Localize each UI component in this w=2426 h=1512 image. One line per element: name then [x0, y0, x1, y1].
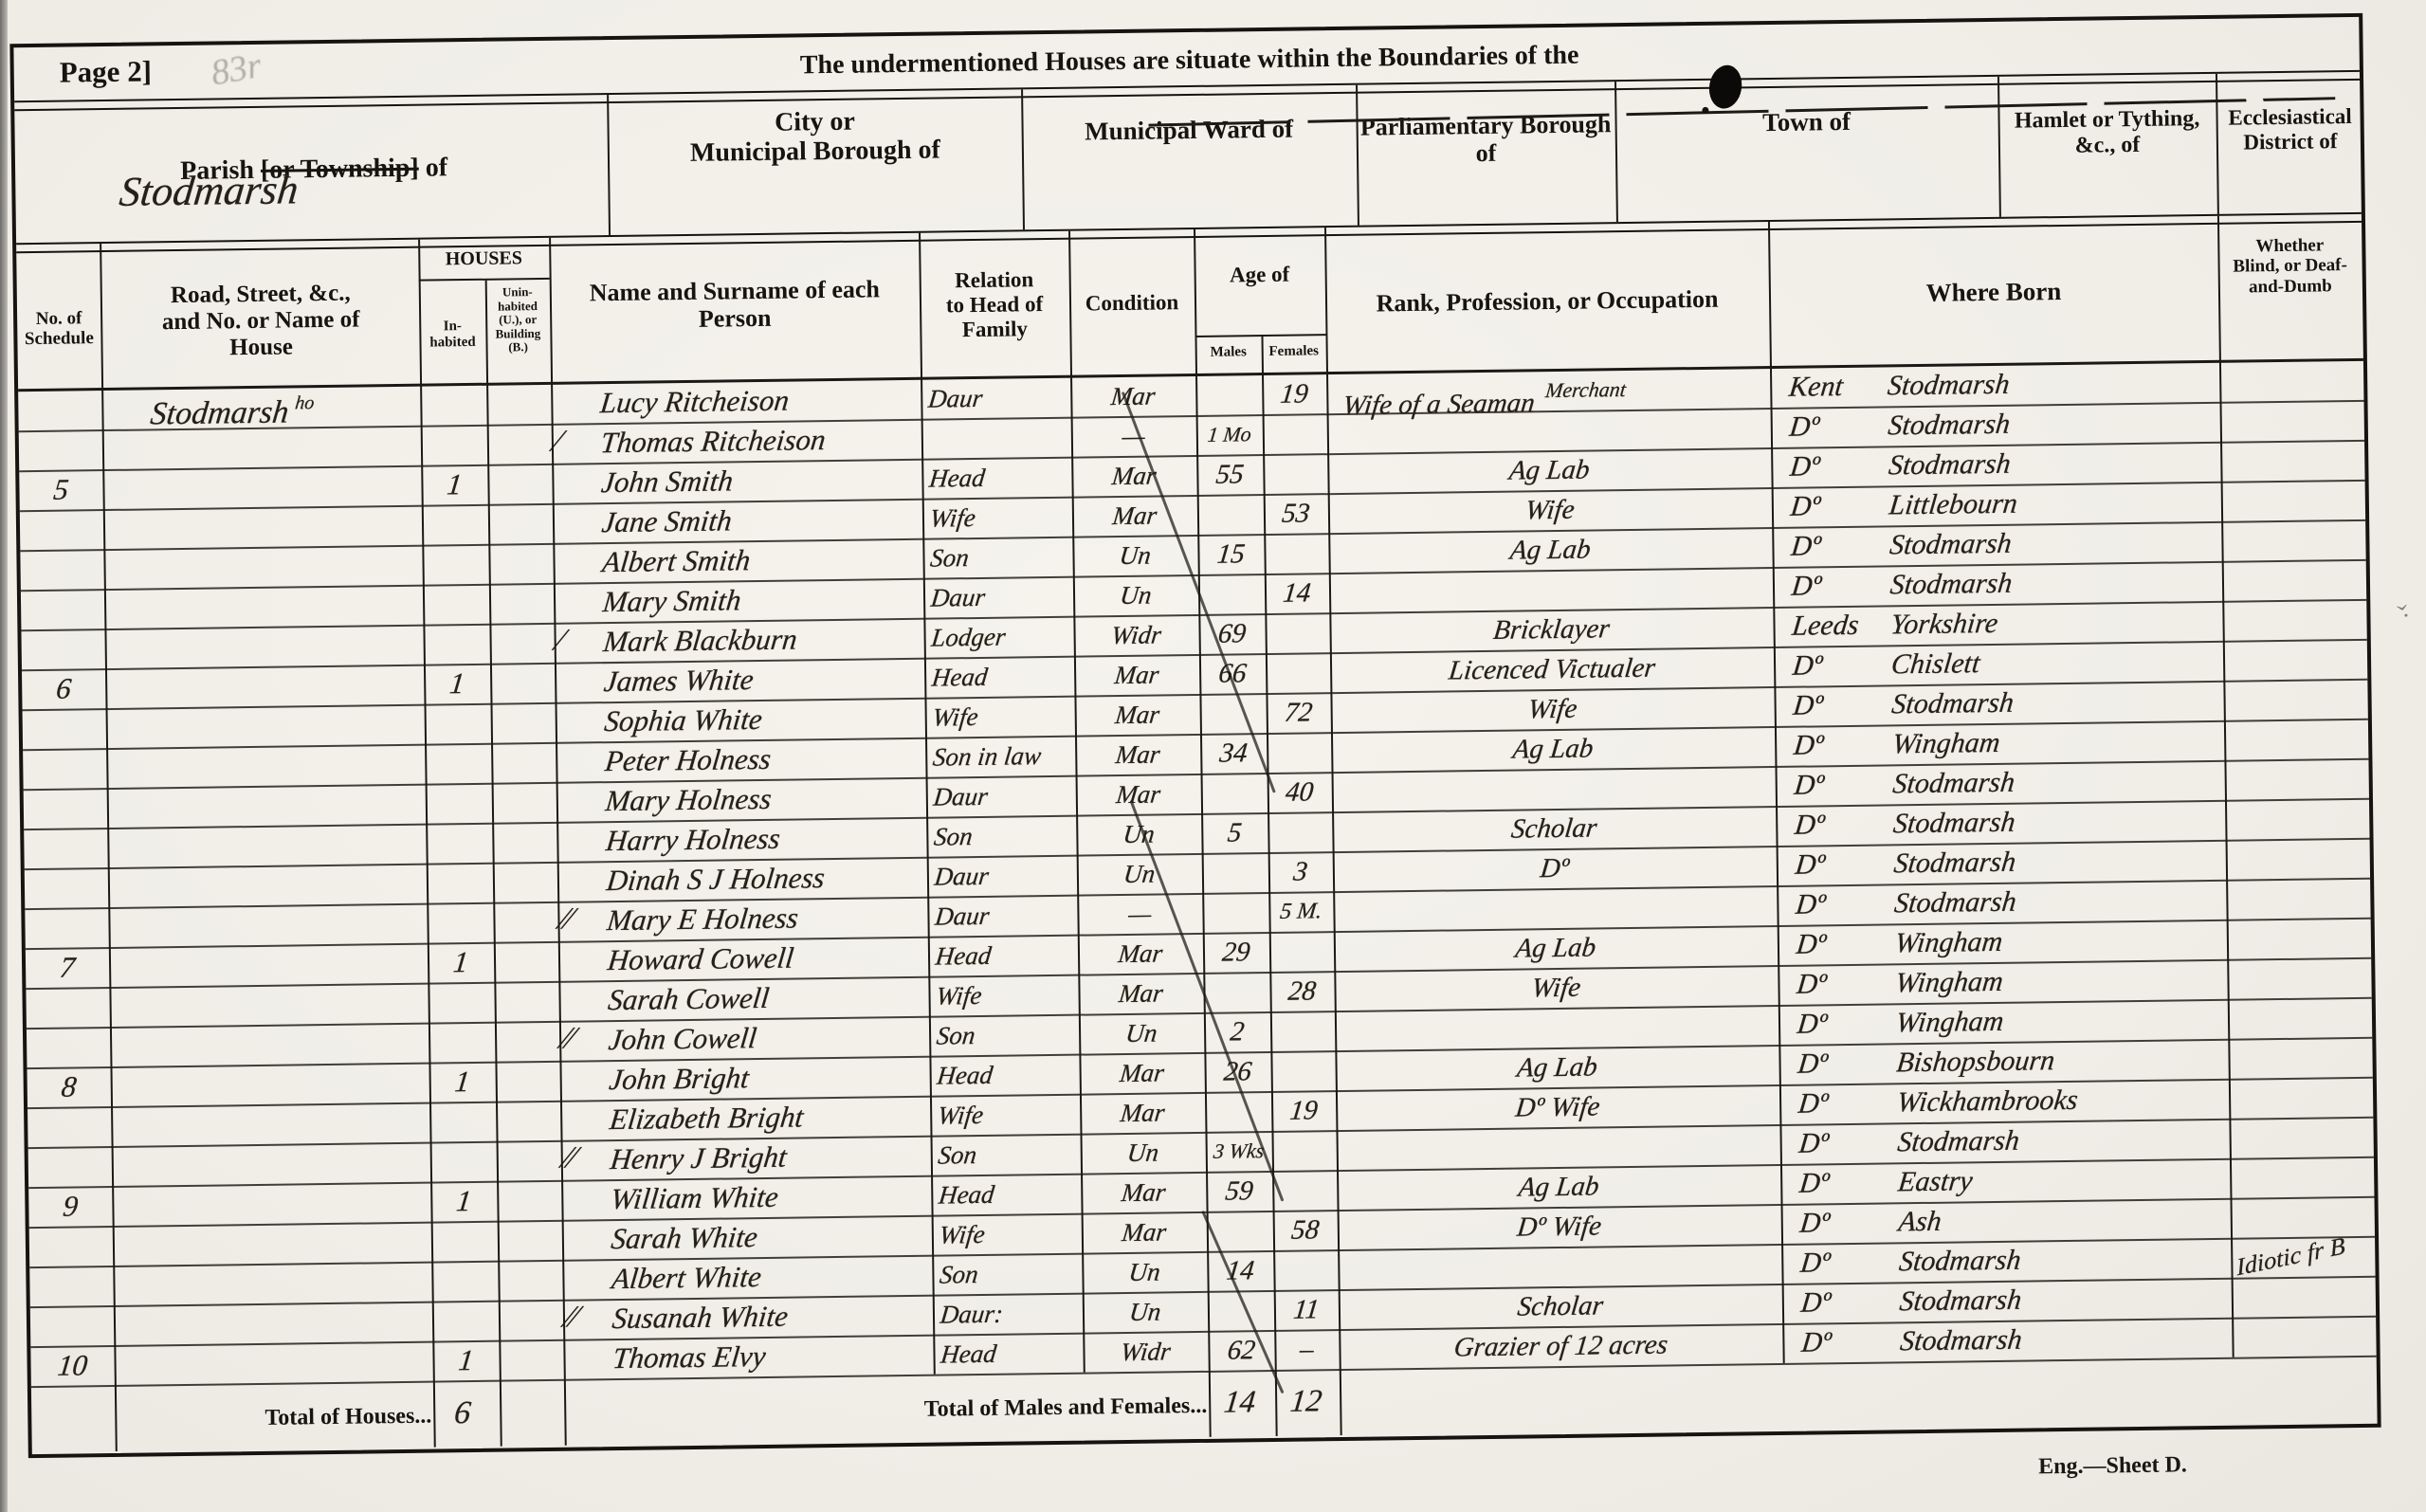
condition-value: Mar — [1078, 1092, 1208, 1134]
inhabited-mark: 1 — [419, 465, 490, 505]
total-males-females-label: Total of Males and Females... — [828, 1394, 1207, 1424]
age-females-value: 3 — [1267, 851, 1336, 892]
relation-value: Daur — [929, 577, 988, 618]
condition-value: Un — [1080, 1251, 1210, 1293]
condition-value: Un — [1081, 1291, 1211, 1333]
person-name: Susanah White — [611, 1297, 791, 1339]
born-place-value: Wingham — [1893, 962, 2005, 1004]
age-males-value: 14 — [1205, 1250, 1276, 1291]
condition-value: Mar — [1068, 375, 1198, 417]
column-rule — [500, 1380, 502, 1447]
born-county-value: Dº — [1797, 1123, 1831, 1163]
inhabited-mark: 1 — [427, 1062, 498, 1102]
relation-value: Wife — [930, 697, 980, 738]
condition-value: — — [1075, 893, 1205, 935]
district-cell-borough: City or Municipal Borough of — [611, 104, 1018, 169]
district-cell-eccl: Ecclesiastical District of — [2219, 104, 2361, 155]
born-county-value: Dº — [1788, 446, 1822, 486]
born-place-value: Littlebourn — [1888, 484, 2020, 526]
relation-value: Wife — [936, 1095, 986, 1136]
age-females-value: 14 — [1263, 573, 1332, 613]
born-county-value: Dº — [1791, 685, 1825, 725]
relation-value: Daur — [926, 378, 985, 419]
parish-value: Stodmarsh — [118, 165, 301, 216]
condition-value: Widr — [1081, 1331, 1211, 1373]
relation-value: Son — [938, 1254, 980, 1295]
age-females-value: 5 M. — [1267, 891, 1336, 932]
inhabited-mark: 1 — [429, 1181, 500, 1222]
born-county-value: Dº — [1790, 566, 1824, 606]
colhead-relation: Relation to Head of Family — [920, 267, 1070, 342]
schedule-number: 8 — [25, 1066, 113, 1107]
person-name: James White — [602, 660, 756, 701]
person-name: Elizabeth Bright — [608, 1097, 806, 1139]
occupation-value: Scholar — [1330, 806, 1778, 851]
schedule-number: 10 — [28, 1345, 117, 1386]
age-females-value: 53 — [1262, 493, 1331, 534]
column-rule — [2216, 74, 2219, 214]
occupation-value: Ag Lab — [1332, 925, 1780, 971]
colhead-infirm: Whether Blind, or Deaf- and-Dumb — [2217, 235, 2362, 298]
person-name: Sarah Cowell — [606, 978, 771, 1020]
condition-value: Un — [1075, 853, 1205, 895]
born-place-value: Bishopsbourn — [1894, 1041, 2056, 1083]
born-county-value: Dº — [1791, 646, 1825, 685]
born-place-value: Stodmarsh — [1886, 405, 2012, 446]
tally-mark: ∕∕ — [561, 1019, 576, 1059]
born-county-value: Dº — [1796, 1044, 1830, 1084]
occupation-value: Ag Lab — [1333, 1045, 1781, 1090]
person-name: Mark Blackburn — [601, 619, 799, 662]
inhabited-mark: 1 — [422, 664, 493, 704]
age-females-value: 28 — [1268, 971, 1337, 1011]
column-rule — [1356, 85, 1359, 226]
inhabited-mark: 1 — [426, 942, 497, 983]
relation-value: Head — [930, 657, 990, 698]
colhead-name: Name and Surname of each Person — [550, 275, 921, 335]
born-county-value: Dº — [1793, 805, 1827, 845]
condition-value: Un — [1078, 1132, 1208, 1174]
born-county-value: Dº — [1795, 964, 1829, 1004]
occupation-value: Ag Lab — [1329, 726, 1778, 772]
born-place-value: Stodmarsh — [1898, 1281, 2024, 1322]
relation-value: Daur: — [939, 1294, 1006, 1335]
sheet-footer: Eng.—Sheet D. — [2038, 1452, 2187, 1480]
district-cell-ward: Municipal Ward of — [1025, 114, 1352, 147]
district-cell-parish-label: Parish [or Township] of — [34, 121, 594, 188]
born-place-value: Stodmarsh — [1895, 1121, 2021, 1163]
age-males-value: 62 — [1206, 1330, 1277, 1371]
column-rule — [564, 1379, 567, 1446]
person-name: Peter Holness — [603, 739, 773, 781]
person-name: Lucy Ritcheison — [598, 381, 791, 424]
person-name: John Smith — [599, 461, 735, 502]
schedule-number: 7 — [24, 947, 112, 988]
occupation-value: Ag Lab — [1335, 1164, 1783, 1210]
ink-dot — [1702, 107, 1708, 114]
schedule-number: 5 — [17, 469, 105, 510]
colhead-age: Age of — [1194, 262, 1324, 288]
born-place-value: Wingham — [1894, 1002, 2006, 1044]
relation-value: Head — [939, 1334, 998, 1375]
born-county-value: Dº — [1797, 1203, 1832, 1243]
occupation-value: Ag Lab — [1326, 527, 1775, 573]
age-males-value: 1 Mo — [1195, 414, 1266, 455]
condition-value: Mar — [1072, 654, 1202, 696]
born-county-value: Dº — [1797, 1163, 1832, 1203]
condition-value: Mar — [1070, 495, 1200, 537]
relation-value: Son — [936, 1135, 978, 1175]
born-county-value: Dº — [1799, 1283, 1833, 1322]
column-rule — [1340, 1369, 1342, 1435]
occupation-value: Dº — [1331, 846, 1779, 891]
born-county-value: Dº — [1795, 924, 1829, 964]
born-place-value: Wingham — [1893, 922, 2005, 964]
person-name: Thomas Ritcheison — [599, 420, 828, 463]
road-name: Stodmarshho — [149, 383, 317, 434]
age-females-value: 11 — [1272, 1289, 1341, 1330]
age-females-value: 58 — [1271, 1210, 1341, 1250]
colhead-inhabited: In- habited — [419, 319, 485, 352]
inhabited-mark: 1 — [430, 1340, 502, 1381]
tally-mark: ∕ — [554, 422, 563, 462]
person-name: Mary Holness — [604, 779, 774, 821]
age-males-value: 15 — [1195, 534, 1267, 574]
born-place-value: Chislett — [1889, 644, 1982, 684]
form-title: The undermentioned Houses are situate wi… — [488, 36, 1891, 84]
relation-value: Head — [927, 458, 987, 499]
district-cell-hamlet: Hamlet or Tything, &c., of — [2001, 106, 2213, 160]
ink-blot — [1706, 63, 1745, 111]
born-county-value: Dº — [1787, 407, 1821, 446]
column-rule — [433, 1381, 436, 1448]
born-place-value: Eastry — [1896, 1161, 1975, 1202]
colhead-rank: Rank, Profession, or Occupation — [1325, 284, 1769, 318]
condition-value: Mar — [1076, 973, 1206, 1014]
condition-value: Mar — [1080, 1211, 1210, 1253]
person-name: Henry J Bright — [608, 1138, 789, 1179]
column-rule — [607, 95, 611, 235]
age-males-value: 59 — [1204, 1171, 1275, 1211]
born-place-value: Stodmarsh — [1888, 524, 2014, 566]
relation-value: Daur — [933, 856, 992, 897]
schedule-number: 9 — [27, 1186, 115, 1227]
born-place-value: Stodmarsh — [1889, 683, 2016, 725]
column-rule — [1021, 89, 1025, 229]
column-rule — [1209, 1371, 1212, 1437]
relation-value: Son — [932, 816, 975, 857]
column-rule — [1997, 77, 2001, 217]
person-name: Albert Smith — [600, 540, 752, 582]
colhead-uninhabited: Unin- habited (U.), or Building (B.) — [485, 285, 551, 355]
born-county-value: Dº — [1794, 845, 1828, 884]
total-females-value: 12 — [1288, 1384, 1323, 1419]
person-name: Dinah S J Holness — [605, 858, 827, 901]
person-name: Howard Cowell — [606, 938, 796, 981]
age-females-value: 72 — [1264, 692, 1333, 733]
born-place-value: Stodmarsh — [1891, 803, 2017, 845]
person-name: Sarah White — [610, 1217, 760, 1259]
road-name-superscript: ho — [294, 392, 315, 413]
total-houses-label: Total of Houses... — [211, 1404, 431, 1432]
table-row: StodmarshhoLucy RitcheisonDaurMar19Wife … — [18, 360, 2363, 391]
born-county-value: Dº — [1792, 765, 1826, 805]
born-place-value: Ash — [1896, 1202, 1943, 1243]
relation-value: Wife — [938, 1214, 988, 1255]
condition-value: Mar — [1079, 1172, 1209, 1213]
occupation-value: Licenced Victualer — [1328, 647, 1777, 692]
condition-value: Un — [1071, 574, 1201, 616]
person-name: Mary E Holness — [605, 898, 800, 940]
schedule-number: 6 — [20, 668, 108, 709]
rule-under-houses — [419, 278, 550, 282]
born-place-value: Stodmarsh — [1886, 365, 2012, 407]
person-name: Sophia White — [602, 700, 764, 741]
relation-value: Head — [934, 936, 994, 976]
born-county-value: Dº — [1798, 1243, 1833, 1283]
age-females-value: – — [1272, 1329, 1341, 1370]
born-place-value: Wingham — [1890, 723, 2002, 765]
age-females-value: 19 — [1269, 1090, 1339, 1131]
born-county-value: Dº — [1794, 884, 1828, 924]
pencil-note: 83r — [208, 45, 264, 94]
column-rule — [115, 1385, 118, 1451]
tally-mark: ∕∕ — [559, 900, 575, 939]
colhead-condition: Condition — [1069, 290, 1195, 316]
colhead-schedule: No. of Schedule — [17, 308, 101, 350]
age-males-value: 5 — [1199, 812, 1270, 853]
occupation-value: Dº Wife — [1336, 1204, 1784, 1249]
total-houses-value: 6 — [452, 1395, 472, 1431]
relation-value: Son in law — [931, 736, 1044, 777]
person-name: John Cowell — [607, 1018, 758, 1060]
born-county-value: Leeds — [1790, 606, 1861, 647]
person-name: Albert White — [610, 1257, 763, 1299]
occupation-value: Wife — [1328, 686, 1777, 732]
relation-value: Son — [928, 537, 971, 578]
age-males-value: 55 — [1195, 454, 1266, 495]
person-name: Jane Smith — [600, 501, 734, 542]
relation-value: Wife — [928, 498, 978, 538]
condition-value: Un — [1077, 1012, 1207, 1054]
age-females-value: 19 — [1260, 373, 1329, 414]
tally-mark: ∕∕ — [562, 1139, 577, 1178]
person-name: Mary Smith — [601, 580, 743, 622]
condition-value: Mar — [1069, 455, 1199, 497]
born-county-value: Dº — [1799, 1322, 1833, 1362]
born-place-value: Stodmarsh — [1898, 1321, 2024, 1362]
relation-value: Lodger — [929, 617, 1008, 658]
colhead-born: Where Born — [1769, 275, 2218, 309]
condition-value: Mar — [1074, 774, 1204, 815]
census-form: Page 2] 83r The undermentioned Houses ar… — [9, 13, 2380, 1458]
condition-value: Mar — [1072, 694, 1202, 736]
occupation-value: Wife of a SeamanMerchant — [1341, 370, 1628, 426]
occupation-value: Wife — [1326, 487, 1775, 533]
rule-under-district — [16, 212, 2362, 253]
colhead-females: Females — [1262, 343, 1326, 360]
condition-value: Mar — [1077, 1052, 1207, 1094]
born-place-value: Stodmarsh — [1890, 763, 2016, 805]
relation-value: Head — [935, 1055, 994, 1096]
born-place-value: Stodmarsh — [1888, 564, 2015, 606]
born-county-value: Dº — [1789, 526, 1823, 566]
occupation-superscript: Merchant — [1544, 377, 1627, 402]
born-place-value: Stodmarsh — [1892, 883, 2018, 924]
person-name: John Bright — [607, 1058, 751, 1100]
born-place-value: Stodmarsh — [1897, 1241, 2023, 1283]
page-label: Page 2] — [60, 55, 153, 89]
occupation-value: Wife — [1332, 965, 1780, 1011]
scanned-paper: Page 2] 83r The undermentioned Houses ar… — [8, 0, 2426, 1512]
person-name: Harry Holness — [604, 819, 782, 861]
born-county-value: Dº — [1792, 725, 1826, 765]
condition-value: Widr — [1071, 614, 1201, 656]
born-county-value: Dº — [1789, 486, 1823, 526]
born-place-value: Stodmarsh — [1892, 843, 2018, 884]
relation-value: Son — [935, 1015, 977, 1056]
colhead-road: Road, Street, &c., and No. or Name of Ho… — [104, 280, 418, 363]
born-county-value: Dº — [1797, 1084, 1831, 1123]
colhead-houses: HOUSES — [418, 247, 549, 270]
occupation-value: Scholar — [1337, 1284, 1785, 1329]
colhead-males: Males — [1195, 344, 1262, 361]
column-rule — [1614, 82, 1618, 222]
relation-value: Wife — [934, 975, 984, 1016]
occupation-value: Grazier of 12 acres — [1337, 1323, 1785, 1369]
born-place-value: Yorkshire — [1888, 604, 1999, 646]
condition-value: Mar — [1076, 933, 1206, 975]
occupation-value: Bricklayer — [1327, 607, 1776, 652]
person-name: William White — [609, 1177, 780, 1219]
condition-value: Mar — [1073, 734, 1203, 775]
relation-value: Daur — [933, 896, 992, 937]
born-county-value: Kent — [1787, 367, 1845, 408]
total-males-value: 14 — [1222, 1385, 1257, 1420]
margin-scan-mark: ›· — [2389, 601, 2420, 622]
born-county-value: Dº — [1796, 1004, 1830, 1044]
occupation-value: Ag Lab — [1325, 447, 1774, 493]
born-place-value: Wickhambrooks — [1895, 1081, 2080, 1123]
relation-value: Head — [937, 1175, 996, 1215]
born-place-value: Stodmarsh — [1887, 445, 2013, 486]
person-name: Thomas Elvy — [611, 1337, 768, 1378]
occupation-value: Dº Wife — [1334, 1084, 1782, 1130]
tally-mark: ∕ — [556, 621, 565, 661]
age-males-value: 29 — [1201, 932, 1272, 973]
tally-mark: ∕∕ — [565, 1298, 580, 1338]
relation-value: Daur — [932, 776, 991, 817]
